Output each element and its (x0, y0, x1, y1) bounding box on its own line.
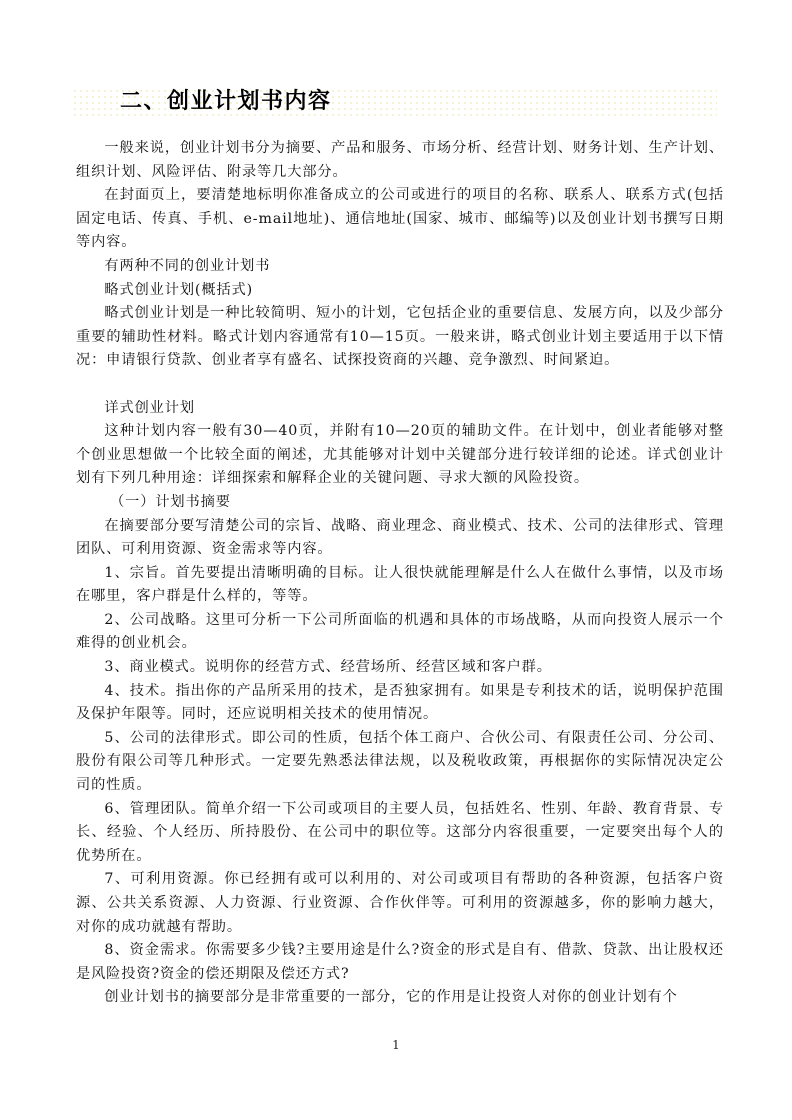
document-page: 二、创业计划书内容 一般来说，创业计划书分为摘要、产品和服务、市场分析、经营计划… (0, 0, 792, 1120)
list-item-business-model: 3、商业模式。说明你的经营方式、经营场所、经营区域和客户群。 (76, 656, 724, 680)
paragraph-detailed-plan: 这种计划内容一般有30—40页，并附有10—20页的辅助文件。在计划中，创业者能… (76, 420, 724, 491)
subheading-summary: （一）计划书摘要 (76, 491, 724, 515)
heading-brief-plan: 略式创业计划(概括式) (76, 279, 724, 303)
paragraph-overview: 一般来说，创业计划书分为摘要、产品和服务、市场分析、经营计划、财务计划、生产计划… (76, 137, 724, 184)
list-item-funding: 8、资金需求。你需要多少钱?主要用途是什么?资金的形式是自有、借款、贷款、出让股… (76, 939, 724, 986)
body-text: 一般来说，创业计划书分为摘要、产品和服务、市场分析、经营计划、财务计划、生产计划… (76, 137, 724, 1010)
list-item-legal-form: 5、公司的法律形式。即公司的性质，包括个体工商户、合伙公司、有限责任公司、分公司… (76, 727, 724, 798)
list-item-management-team: 6、管理团队。简单介绍一下公司或项目的主要人员，包括姓名、性别、年龄、教育背景、… (76, 798, 724, 869)
heading-detailed-plan: 详式创业计划 (76, 397, 724, 421)
paragraph-summary-importance: 创业计划书的摘要部分是非常重要的一部分，它的作用是让投资人对你的创业计划有个 (76, 986, 724, 1010)
list-item-purpose: 1、宗旨。首先要提出清晰明确的目标。让人很快就能理解是什么人在做什么事情，以及市… (76, 562, 724, 609)
paragraph-two-types: 有两种不同的创业计划书 (76, 255, 724, 279)
paragraph-brief-plan: 略式创业计划是一种比较简明、短小的计划，它包括企业的重要信息、发展方向，以及少部… (76, 302, 724, 373)
blank-line (76, 373, 724, 397)
page-number: 1 (0, 1038, 792, 1052)
list-item-resources: 7、可利用资源。你已经拥有或可以利用的、对公司或项目有帮助的各种资源，包括客户资… (76, 868, 724, 939)
paragraph-cover-page: 在封面页上，要清楚地标明你准备成立的公司或进行的项目的名称、联系人、联系方式(包… (76, 184, 724, 255)
list-item-strategy: 2、公司战略。这里可分析一下公司所面临的机遇和具体的市场战略，从而向投资人展示一… (76, 609, 724, 656)
list-item-technology: 4、技术。指出你的产品所采用的技术，是否独家拥有。如果是专利技术的话，说明保护范… (76, 680, 724, 727)
paragraph-summary-intro: 在摘要部分要写清楚公司的宗旨、战略、商业理念、商业模式、技术、公司的法律形式、管… (76, 515, 724, 562)
section-title: 二、创业计划书内容 (120, 86, 332, 118)
